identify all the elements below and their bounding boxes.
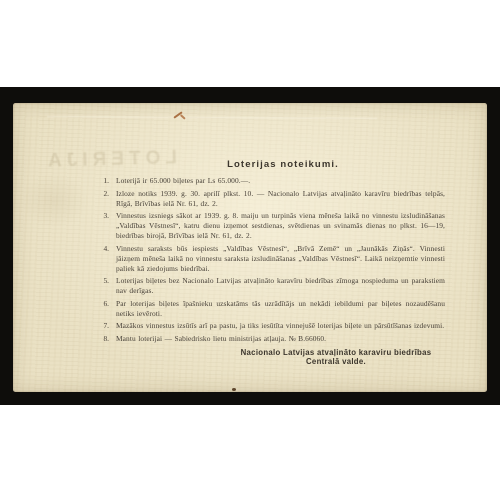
issuer-board: Centralā valde. — [227, 357, 445, 367]
rule-item: 2. Izloze notiks 1939. g. 30. aprilī plk… — [95, 189, 445, 209]
paper-crease — [47, 116, 377, 119]
rule-text: Par loterijas biļetes īpašnieku uzskatām… — [116, 299, 445, 319]
issuer-name: Nacionalo Latvijas atvaļināto karaviru b… — [227, 348, 445, 358]
ink-speck — [232, 388, 236, 391]
rules-title: Loterijas noteikumi. — [95, 159, 445, 171]
rule-item: 4. Vinnestu saraksts būs iespiests „Vald… — [95, 244, 445, 274]
rule-number: 4. — [95, 244, 109, 274]
rules-list: 1. Loterijā ir 65.000 biļetes par Ls 65.… — [95, 176, 445, 344]
rule-number: 2. — [95, 189, 109, 209]
rule-item: 7. Mazākos vinnestus izsūtīs arī pa past… — [95, 321, 445, 331]
scan-page: LOTERIJA Loterijas noteikumi. 1. Loterij… — [0, 0, 500, 500]
rule-text: Loterijā ir 65.000 biļetes par Ls 65.000… — [116, 176, 445, 186]
rule-number: 3. — [95, 211, 109, 241]
rule-number: 1. — [95, 176, 109, 186]
rule-text: Vinnestus izsniegs sākot ar 1939. g. 8. … — [116, 211, 445, 241]
issuer-signature: Nacionalo Latvijas atvaļināto karaviru b… — [227, 348, 445, 367]
rule-text: Izloze notiks 1939. g. 30. aprilī plkst.… — [116, 189, 445, 209]
rule-text: Mantu loterijai — Sabiedrisko lietu mini… — [116, 334, 445, 344]
rule-item: 3. Vinnestus izsniegs sākot ar 1939. g. … — [95, 211, 445, 241]
rule-item: 6. Par loterijas biļetes īpašnieku uzska… — [95, 299, 445, 319]
rule-number: 5. — [95, 276, 109, 296]
rule-text: Vinnestu saraksts būs iespiests „Valdība… — [116, 244, 445, 274]
rule-number: 7. — [95, 321, 109, 331]
scanner-background: LOTERIJA Loterijas noteikumi. 1. Loterij… — [0, 87, 500, 405]
rule-text: Loterijas biļetes bez Nacionalo Latvijas… — [116, 276, 445, 296]
printed-rules-block: Loterijas noteikumi. 1. Loterijā ir 65.0… — [95, 159, 445, 367]
rule-text: Mazākos vinnestus izsūtīs arī pa pastu, … — [116, 321, 445, 331]
rule-item: 5. Loterijas biļetes bez Nacionalo Latvi… — [95, 276, 445, 296]
lottery-ticket-back: LOTERIJA Loterijas noteikumi. 1. Loterij… — [13, 103, 487, 392]
rule-number: 8. — [95, 334, 109, 344]
rule-number: 6. — [95, 299, 109, 319]
rule-item: 8. Mantu loterijai — Sabiedrisko lietu m… — [95, 334, 445, 344]
paper-smudge — [19, 173, 89, 228]
rust-stain — [180, 114, 185, 119]
rule-item: 1. Loterijā ir 65.000 biļetes par Ls 65.… — [95, 176, 445, 186]
